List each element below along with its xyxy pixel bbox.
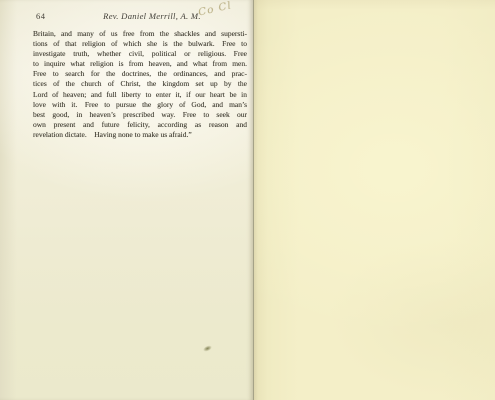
text-line: best good, in heaven’s prescribed way. F… xyxy=(33,110,247,120)
page-number: 64 xyxy=(36,11,46,21)
right-page-blank xyxy=(254,0,495,400)
text-line: Free to search for the doctrines, the or… xyxy=(33,69,247,79)
text-line: own present and future felicity, accordi… xyxy=(33,120,247,130)
text-line: to inquire what religion is from heaven,… xyxy=(33,59,247,69)
text-line: tices of the church of Christ, the kingd… xyxy=(33,79,247,89)
text-line: love with it. Free to pursue the glory o… xyxy=(33,100,247,110)
text-line: tions of that religion of which she is t… xyxy=(33,39,247,49)
text-line: investigate truth, whether civil, politi… xyxy=(33,49,247,59)
running-header: Rev. Daniel Merrill, A. M. xyxy=(103,11,201,21)
text-line: Britain, and many of us free from the sh… xyxy=(33,29,247,39)
paper-speck xyxy=(202,344,212,352)
book-spread: 64 Rev. Daniel Merrill, A. M. Co Cl Brit… xyxy=(0,0,495,400)
left-page: 64 Rev. Daniel Merrill, A. M. Co Cl Brit… xyxy=(0,0,254,400)
body-text-paragraph: Britain, and many of us free from the sh… xyxy=(33,29,247,140)
text-line: revelation dictate. Having none to make … xyxy=(33,130,247,140)
text-line: Lord of heaven; and full liberty to ente… xyxy=(33,90,247,100)
handwritten-annotation: Co Cl xyxy=(197,0,233,19)
